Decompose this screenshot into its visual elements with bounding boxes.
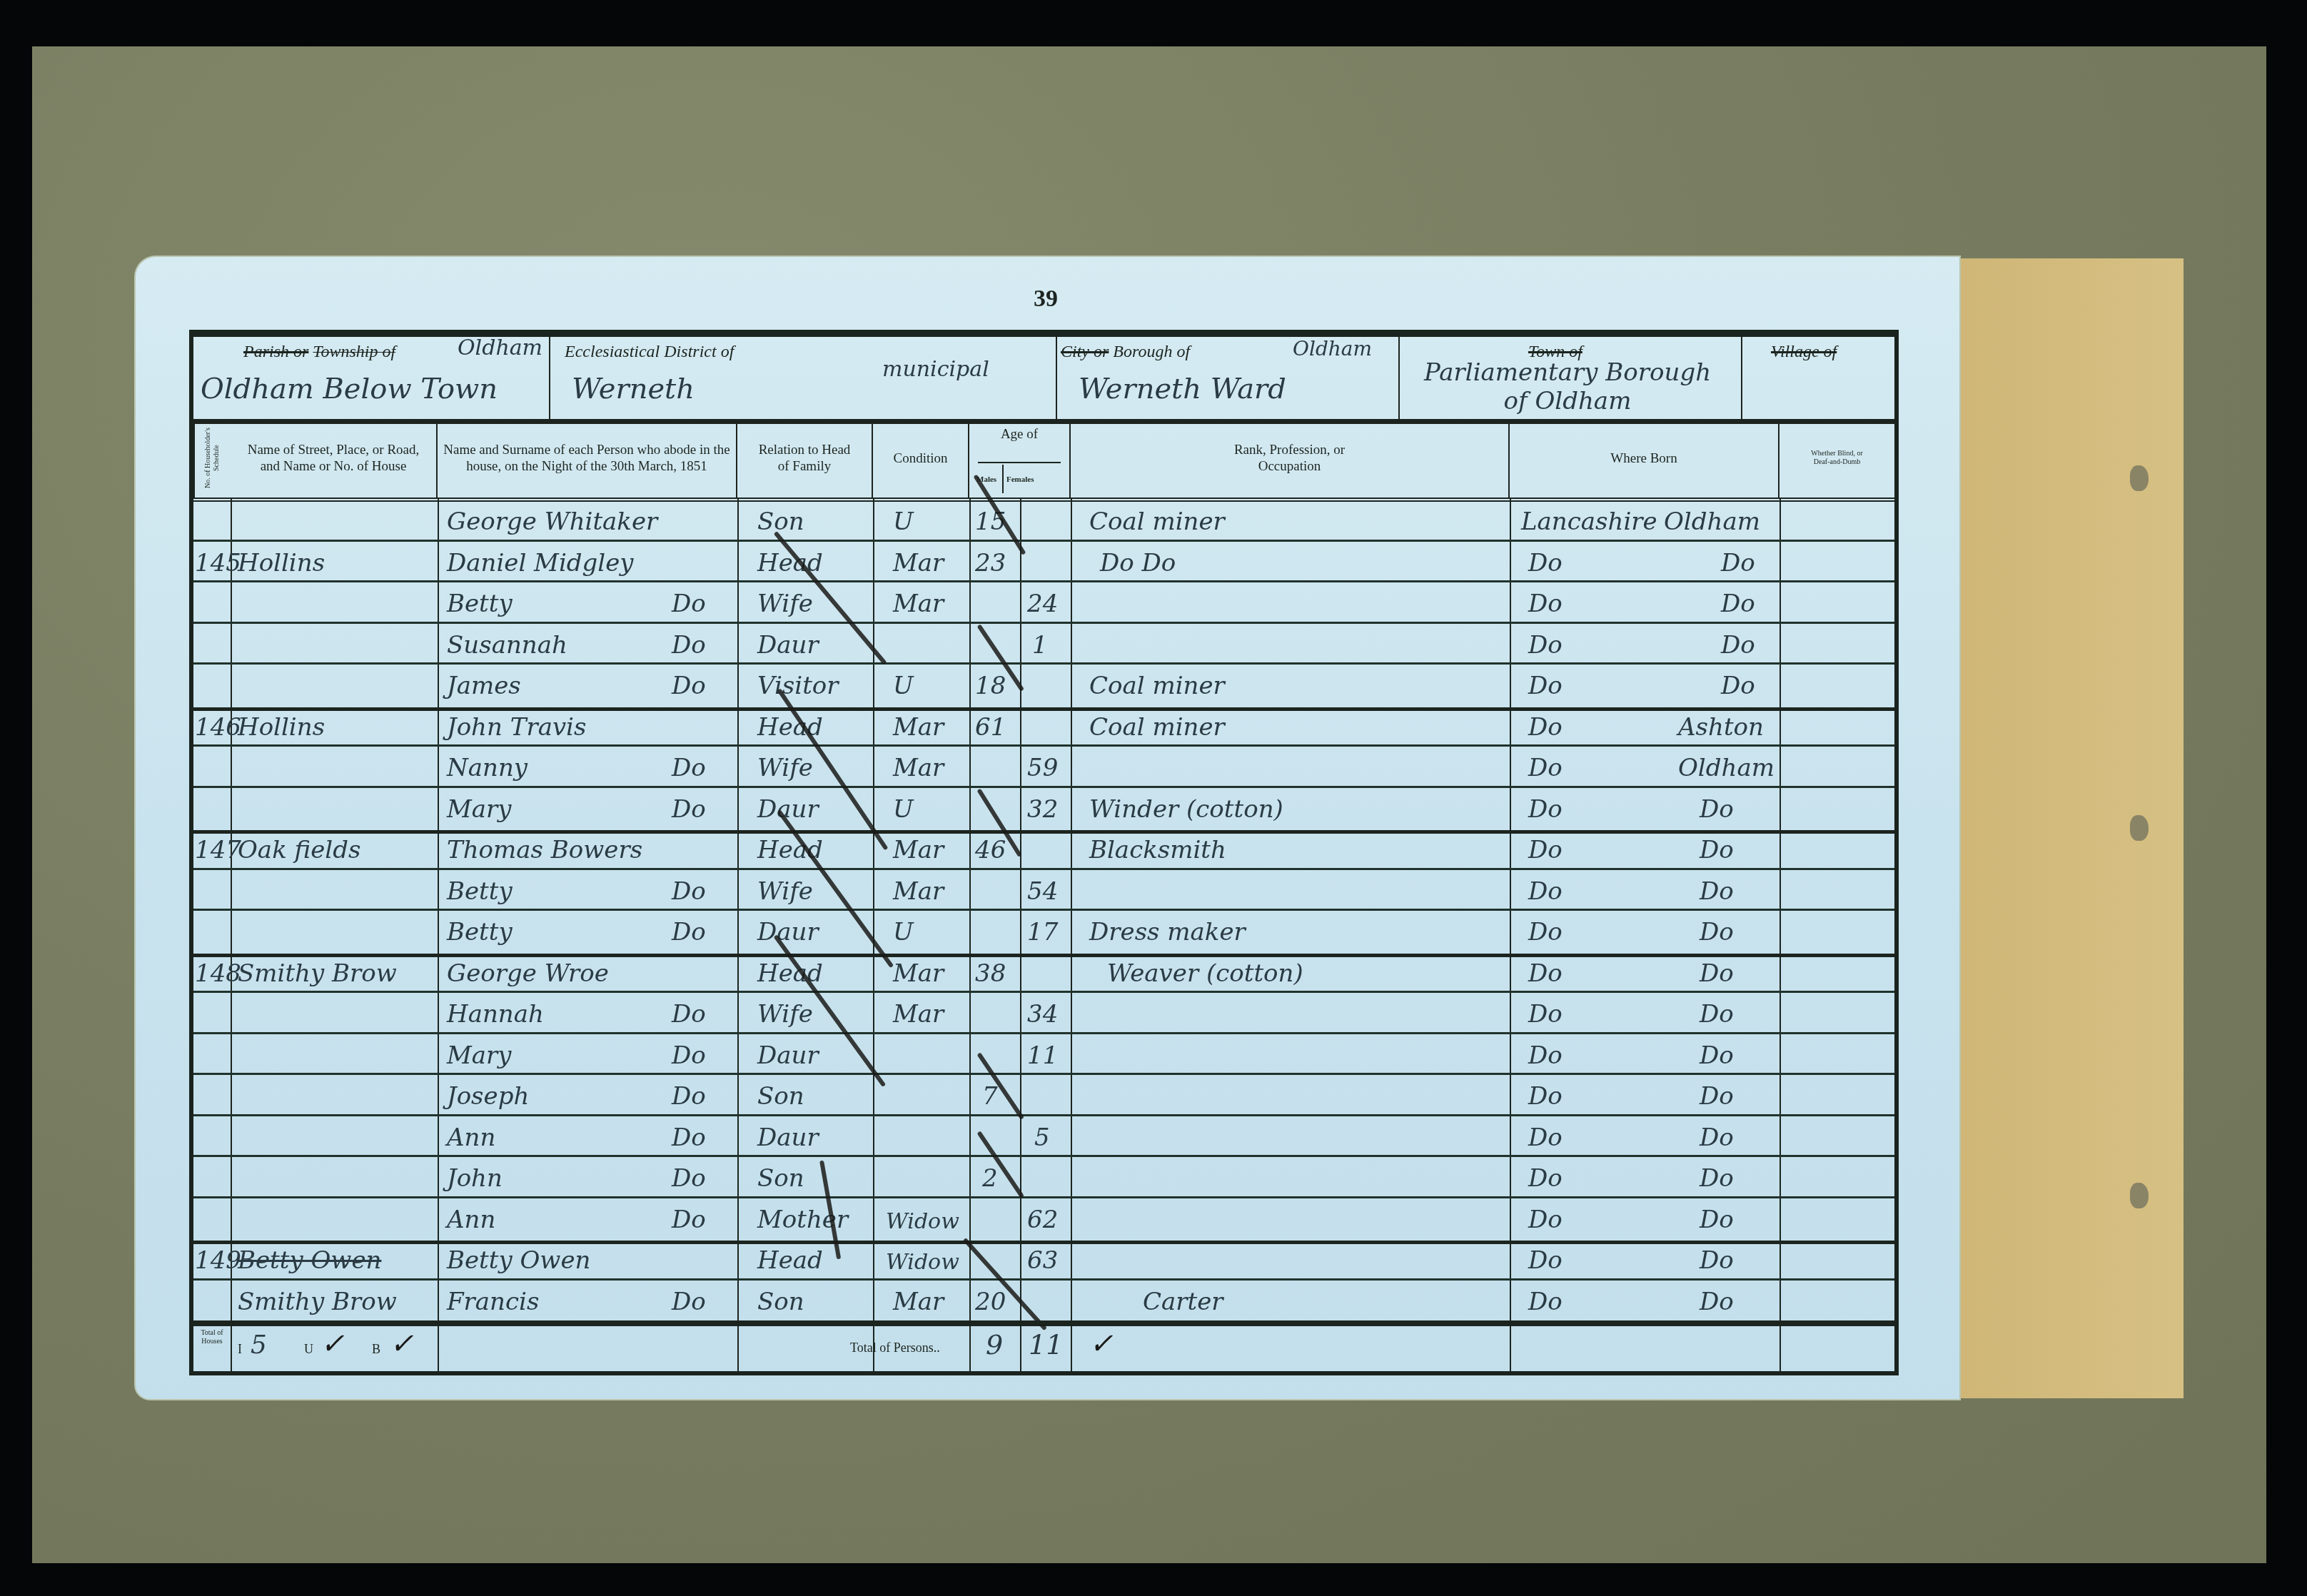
birth-county: Do xyxy=(1528,1283,1563,1319)
birth-county: Do xyxy=(1528,667,1563,703)
birth-parish: Do xyxy=(1700,996,1734,1031)
relation: Wife xyxy=(757,873,813,909)
person-name: John Travis xyxy=(447,709,586,744)
birth-parish: Oldham xyxy=(1664,503,1760,539)
condition: Mar xyxy=(893,996,944,1031)
table-row: John Do Son 2 Do Do xyxy=(193,1158,1894,1200)
surname-ditto: Do xyxy=(672,1078,706,1113)
birth-county: Do xyxy=(1528,1160,1563,1196)
occupation: Blacksmith xyxy=(1089,832,1226,867)
street-name: Hollins xyxy=(238,709,325,744)
occupation: Weaver (cotton) xyxy=(1107,955,1303,991)
table-row: 145 Hollins Daniel Midgley Head Mar 23 D… xyxy=(193,543,1894,585)
street-name: Smithy Brow xyxy=(238,955,397,991)
borough-label: Borough of xyxy=(1113,343,1190,361)
condition: Mar xyxy=(893,832,944,867)
females-label: Females xyxy=(1006,472,1034,488)
col-where-born: Where Born xyxy=(1510,419,1780,498)
age-female: 34 xyxy=(1027,996,1058,1031)
relation: Visitor xyxy=(757,667,839,703)
surname-ditto: Do xyxy=(672,873,706,909)
birth-county: Do xyxy=(1528,996,1563,1031)
birth-county: Do xyxy=(1528,914,1563,949)
schedule-number: 147 xyxy=(195,832,241,867)
borough-value: Oldham xyxy=(1293,337,1372,360)
street-name: Oak fields xyxy=(238,832,360,867)
age-male: 46 xyxy=(975,832,1006,867)
ecclesiastical-cell: Ecclesiastical District of Werneth munic… xyxy=(550,337,1057,419)
birth-parish: Do xyxy=(1700,1119,1734,1155)
table-row: Hannah Do Wife Mar 34 Do Do xyxy=(193,994,1894,1036)
birth-parish: Do xyxy=(1700,1242,1734,1278)
street-name: Smithy Brow xyxy=(238,1283,397,1319)
table-row: Joseph Do Son 7 Do Do xyxy=(193,1076,1894,1118)
town-value: Parliamentary Borough of Oldham xyxy=(1410,358,1725,415)
birth-parish: Do xyxy=(1721,667,1755,703)
col-name: Name and Surname of each Person who abod… xyxy=(438,419,737,498)
occupation: Coal miner xyxy=(1089,709,1225,744)
inhabited-value: 5 xyxy=(251,1330,267,1360)
birth-county: Do xyxy=(1528,545,1563,580)
table-row: Mary Do Daur 11 Do Do xyxy=(193,1036,1894,1077)
males-total: 9 xyxy=(986,1329,1003,1360)
check-mark-icon: ✓ xyxy=(1089,1328,1114,1360)
township-label: Township of xyxy=(313,343,395,361)
birth-county: Do xyxy=(1528,585,1563,621)
punch-hole xyxy=(2130,815,2149,841)
occupation: Dress maker xyxy=(1089,914,1246,949)
birth-parish: Do xyxy=(1700,955,1734,991)
census-form: Parish or Township of Oldham Oldham Belo… xyxy=(189,330,1899,1375)
condition: Mar xyxy=(893,585,944,621)
uninhabited-check-icon: ✓ xyxy=(320,1328,345,1360)
inhabited-label: I xyxy=(238,1342,242,1357)
township-cell: Parish or Township of Oldham Oldham Belo… xyxy=(193,337,550,419)
table-row: Susannah Do Daur 1 Do Do xyxy=(193,625,1894,667)
age-female: 62 xyxy=(1027,1201,1058,1237)
age-female: 59 xyxy=(1027,749,1058,785)
birth-county: Do xyxy=(1528,873,1563,909)
birth-county: Do xyxy=(1528,1078,1563,1113)
surname-ditto: Do xyxy=(672,627,706,662)
street-name: Betty Owen xyxy=(238,1242,381,1278)
person-name: Daniel Midgley xyxy=(447,545,634,580)
birth-parish: Do xyxy=(1700,1201,1734,1237)
occupation: Coal miner xyxy=(1089,667,1225,703)
age-male: 20 xyxy=(975,1283,1006,1319)
township-value: Oldham xyxy=(458,335,542,360)
table-row: 148 Smithy Brow George Wroe Head Mar 38 … xyxy=(193,954,1894,995)
females-total: 11 xyxy=(1029,1329,1063,1360)
table-row: James Do Visitor U 18 Coal miner Do Do xyxy=(193,666,1894,711)
age-male: 2 xyxy=(982,1160,998,1196)
surname-ditto: Do xyxy=(672,667,706,703)
table-row: Mary Do Daur U 32 Winder (cotton) Do Do xyxy=(193,789,1894,834)
age-female: 54 xyxy=(1027,873,1058,909)
age-female: 63 xyxy=(1027,1242,1058,1278)
person-name: Thomas Bowers xyxy=(447,832,642,867)
birth-parish: Oldham xyxy=(1678,749,1775,785)
surname-ditto: Do xyxy=(672,791,706,827)
birth-parish: Do xyxy=(1700,1160,1734,1196)
occupation: Coal miner xyxy=(1089,503,1225,539)
relation: Head xyxy=(757,1242,823,1278)
total-persons-label: Total of Persons.. xyxy=(850,1340,940,1355)
birth-county: Do xyxy=(1528,791,1563,827)
surname-ditto: Do xyxy=(672,1160,706,1196)
birth-county: Do xyxy=(1528,1201,1563,1237)
age-female: 24 xyxy=(1027,585,1058,621)
binding-tab xyxy=(1951,258,2184,1398)
person-name: Mary xyxy=(447,1037,512,1073)
condition: Mar xyxy=(893,955,944,991)
relation: Daur xyxy=(757,1037,819,1073)
relation: Son xyxy=(757,1160,804,1196)
occupation: Do Do xyxy=(1100,545,1176,580)
birth-county: Do xyxy=(1528,627,1563,662)
person-name: Betty xyxy=(447,914,513,949)
condition: Mar xyxy=(893,545,944,580)
table-row: Ann Do Daur 5 Do Do xyxy=(193,1118,1894,1159)
birth-parish: Do xyxy=(1700,832,1734,867)
schedule-number: 148 xyxy=(195,955,241,991)
age-male: 18 xyxy=(975,667,1006,703)
col-occupation: Rank, Profession, or Occupation xyxy=(1071,419,1510,498)
occupation: Carter xyxy=(1143,1283,1223,1319)
table-row: Betty Do Wife Mar 54 Do Do xyxy=(193,872,1894,913)
person-name: Mary xyxy=(447,791,512,827)
table-row: Betty Do Wife Mar 24 Do Do xyxy=(193,584,1894,625)
relation: Wife xyxy=(757,749,813,785)
district-header: Parish or Township of Oldham Oldham Belo… xyxy=(193,337,1894,424)
person-name: Hannah xyxy=(447,996,544,1031)
building-label: B xyxy=(372,1342,380,1357)
table-row: 147 Oak fields Thomas Bowers Head Mar 46… xyxy=(193,830,1894,872)
person-name: Betty xyxy=(447,873,513,909)
birth-county: Do xyxy=(1528,1037,1563,1073)
ecclesiastical-value: Werneth xyxy=(572,373,695,405)
birth-county: Lancashire xyxy=(1521,503,1657,539)
person-name: Ann xyxy=(447,1201,495,1237)
schedule-number: 149 xyxy=(195,1242,241,1278)
village-label: Village of xyxy=(1771,343,1837,362)
building-check-icon: ✓ xyxy=(390,1328,414,1360)
punch-hole xyxy=(2130,465,2149,491)
occupation: Winder (cotton) xyxy=(1089,791,1283,827)
condition: U xyxy=(893,914,914,949)
person-name: Nanny xyxy=(447,749,527,785)
age-of-label: Age of xyxy=(969,426,1069,443)
birth-parish: Do xyxy=(1721,627,1755,662)
column-headers: No. of Householder's Schedule Name of St… xyxy=(193,419,1894,502)
town-cell: Town of Parliamentary Borough of Oldham xyxy=(1400,337,1742,419)
ecclesiastical-label: Ecclesiastical District of xyxy=(565,343,734,362)
surname-ditto: Do xyxy=(672,585,706,621)
relation: Son xyxy=(757,1283,804,1319)
birth-parish: Do xyxy=(1721,585,1755,621)
condition: Widow xyxy=(886,1242,959,1278)
birth-county: Do xyxy=(1528,749,1563,785)
relation: Daur xyxy=(757,914,819,949)
table-row: Smithy Brow Francis Do Son Mar 20 Carter… xyxy=(193,1282,1894,1327)
person-name: Betty Owen xyxy=(447,1242,590,1278)
condition: Mar xyxy=(893,1283,944,1319)
birth-county: Do xyxy=(1528,1242,1563,1278)
age-female: 5 xyxy=(1034,1119,1050,1155)
total-houses-label: Total of Houses xyxy=(195,1329,229,1346)
col-condition: Condition xyxy=(873,419,969,498)
age-male: 38 xyxy=(975,955,1006,991)
person-name: James xyxy=(447,667,521,703)
uninhabited-label: U xyxy=(304,1342,313,1357)
birth-parish: Do xyxy=(1721,545,1755,580)
person-name: John xyxy=(447,1160,503,1196)
condition: U xyxy=(893,791,914,827)
punch-hole xyxy=(2130,1183,2149,1208)
person-name: Susannah xyxy=(447,627,567,662)
col-blind-deaf: Whether Blind, or Deaf-and-Dumb xyxy=(1780,419,1894,498)
relation: Son xyxy=(757,503,804,539)
surname-ditto: Do xyxy=(672,914,706,949)
table-row: George Whitaker Son U 15 Coal miner Lanc… xyxy=(193,502,1894,543)
birth-county: Do xyxy=(1528,955,1563,991)
age-male: 61 xyxy=(975,709,1006,744)
condition: Widow xyxy=(886,1201,959,1237)
surname-ditto: Do xyxy=(672,996,706,1031)
surname-ditto: Do xyxy=(672,1283,706,1319)
age-female: 11 xyxy=(1027,1037,1058,1073)
page-number: 39 xyxy=(1034,286,1058,313)
col-age: Age of Males Females xyxy=(969,419,1071,498)
person-name: George Whitaker xyxy=(447,503,657,539)
col-schedule: No. of Householder's Schedule xyxy=(193,419,231,498)
surname-ditto: Do xyxy=(672,1037,706,1073)
borough-sub-value: Werneth Ward xyxy=(1079,373,1286,405)
col-relation: Relation to Head of Family xyxy=(737,419,873,498)
person-name: George Wroe xyxy=(447,955,609,991)
age-male: 23 xyxy=(975,545,1006,580)
borough-prefix: municipal xyxy=(882,357,989,382)
person-name: Francis xyxy=(447,1283,539,1319)
birth-parish: Do xyxy=(1700,1078,1734,1113)
age-female: 1 xyxy=(1032,627,1048,662)
birth-county: Do xyxy=(1528,709,1563,744)
condition: Mar xyxy=(893,873,944,909)
person-name: Ann xyxy=(447,1119,495,1155)
relation: Daur xyxy=(757,627,819,662)
person-name: Joseph xyxy=(447,1078,529,1113)
condition: Mar xyxy=(893,709,944,744)
birth-parish: Do xyxy=(1700,791,1734,827)
schedule-number: 146 xyxy=(195,709,241,744)
condition: Mar xyxy=(893,749,944,785)
age-divider xyxy=(978,462,1061,463)
birth-parish: Ashton xyxy=(1678,709,1764,744)
relation: Wife xyxy=(757,996,813,1031)
city-label: City or xyxy=(1061,343,1109,361)
table-row: 149 Betty Owen Betty Owen Head Widow 63 … xyxy=(193,1241,1894,1282)
village-cell: Village of xyxy=(1742,337,1894,419)
condition: U xyxy=(893,503,914,539)
relation: Son xyxy=(757,1078,804,1113)
condition: U xyxy=(893,667,914,703)
age-female: 32 xyxy=(1027,791,1058,827)
birth-parish: Do xyxy=(1700,873,1734,909)
table-row: Nanny Do Wife Mar 59 Do Oldham xyxy=(193,748,1894,789)
table-row: Betty Do Daur U 17 Dress maker Do Do xyxy=(193,912,1894,957)
age-female: 17 xyxy=(1027,914,1058,949)
birth-parish: Do xyxy=(1700,1283,1734,1319)
totals-row: Total of Houses I 5 U ✓ B ✓ Total of Per… xyxy=(193,1320,1894,1371)
person-name: Betty xyxy=(447,585,513,621)
col-street: Name of Street, Place, or Road, and Name… xyxy=(231,419,438,498)
age-split xyxy=(1002,465,1004,493)
parish-label: Parish or xyxy=(243,343,308,361)
birth-parish: Do xyxy=(1700,914,1734,949)
surname-ditto: Do xyxy=(672,1201,706,1237)
schedule-number: 145 xyxy=(195,545,241,580)
township-sub-value: Oldham Below Town xyxy=(201,373,498,405)
table-row: Ann Do Mother Widow 62 Do Do xyxy=(193,1200,1894,1245)
birth-county: Do xyxy=(1528,832,1563,867)
birth-parish: Do xyxy=(1700,1037,1734,1073)
surname-ditto: Do xyxy=(672,1119,706,1155)
surname-ditto: Do xyxy=(672,749,706,785)
birth-county: Do xyxy=(1528,1119,1563,1155)
relation: Wife xyxy=(757,585,813,621)
borough-cell: City or Borough of Oldham Werneth Ward xyxy=(1057,337,1400,419)
street-name: Hollins xyxy=(238,545,325,580)
table-row: 146 Hollins John Travis Head Mar 61 Coal… xyxy=(193,707,1894,749)
relation: Daur xyxy=(757,1119,819,1155)
